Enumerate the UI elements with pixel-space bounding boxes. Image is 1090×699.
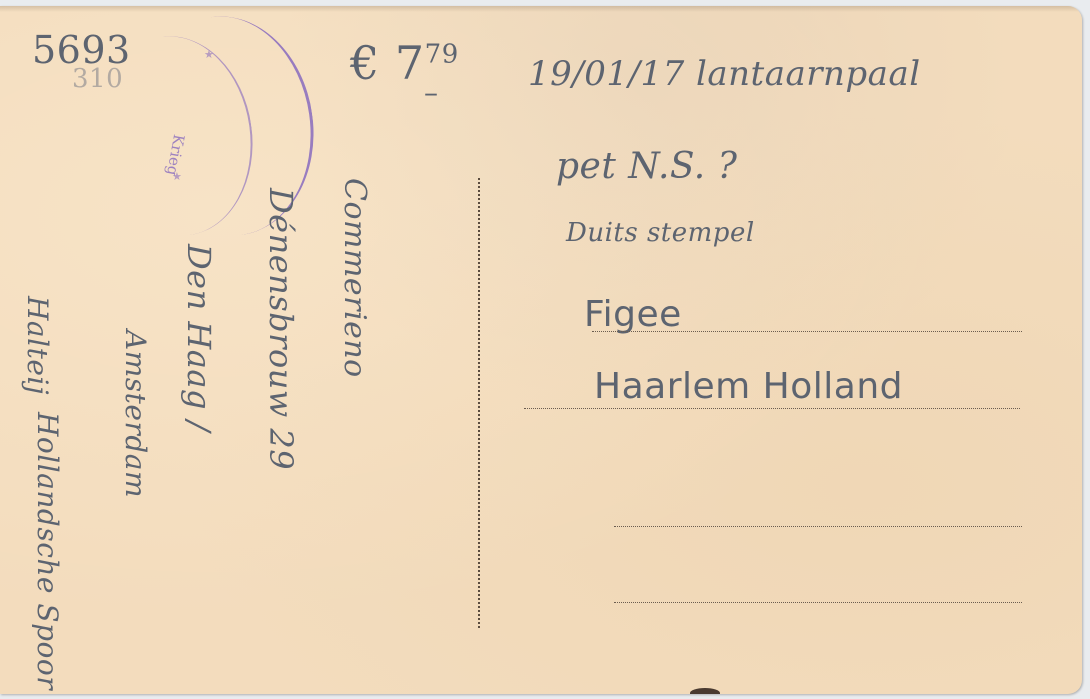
price: € 779 (350, 36, 459, 90)
message-line-5: Hollandsche Spoor (31, 412, 64, 690)
note-stamp: Duits stempel (566, 218, 755, 248)
postcard-back: 5693 310 Krieg ★ ★ € 779 – 19/01/17 lant… (0, 6, 1082, 694)
message-line-2: Dénensbrouw 29 (262, 188, 300, 470)
address-line-2: Haarlem Holland (594, 366, 903, 407)
message-line-1: Commerieno (337, 178, 372, 378)
price-cents: 79 (425, 40, 459, 70)
address-rule-2 (524, 408, 1020, 409)
price-underline: – (424, 76, 439, 109)
address-line-1: Figee (584, 294, 682, 335)
message-line-6: Halteij (21, 296, 54, 395)
divider-line (478, 178, 480, 628)
stamp-star-icon: ★ (172, 170, 182, 183)
note-date-subject: 19/01/17 lantaarnpaal (528, 54, 921, 94)
stamp-star-icon: ★ (204, 48, 214, 61)
ink-smudge (690, 688, 720, 694)
message-line-4: Amsterdam (119, 330, 152, 498)
top-edge-shadow (0, 6, 1082, 12)
address-rule-3 (614, 526, 1022, 527)
address-rule-4 (614, 602, 1022, 603)
message-line-3: Den Haag / (180, 244, 218, 432)
address-rule-1 (592, 331, 1022, 332)
note-publisher: pet N.S. ? (556, 146, 737, 187)
price-main: € 7 (350, 36, 425, 90)
